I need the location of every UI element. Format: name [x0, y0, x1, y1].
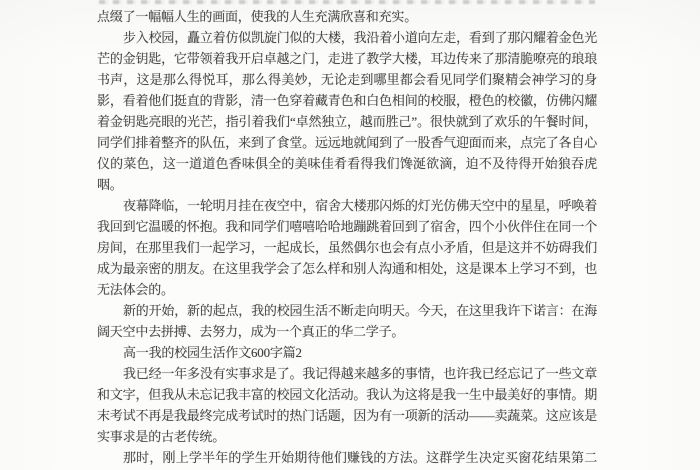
text-line: 仪的菜色，这一道道色香味俱全的美味佳肴看得我们馋涎欲滴，迫不及待得开始狼吞虎 [97, 153, 597, 174]
text-line: 影，看着他们挺直的背影，清一色穿着藏青色和白色相间的校服，橙色的校徽，仿佛闪耀 [97, 90, 597, 111]
text-line: 末考试不再是我最终完成考试时的热门话题，因为有一项新的活动——卖蔬菜。这应该是 [97, 405, 597, 426]
text-line: 成为最亲密的朋友。在这里我学会了怎么样和别人沟通和相处，这是课本上学习不到，也 [97, 258, 597, 279]
document-page: 点缀了一幅幅人生的画面，使我的人生充满欣喜和充实。步入校园，矗立着仿似凯旋门似的… [0, 0, 700, 470]
text-line: 书声，这是那么得悦耳，那么得美妙，无论走到哪里都会看见同学们聚精会神学习的身 [97, 69, 597, 90]
text-line: 同学们排着整齐的队伍，来到了食堂。远远地就闻到了一股香气迎面而来，点完了各自心 [97, 132, 597, 153]
text-line: 实事求是的古老传统。 [97, 426, 597, 447]
text-line: 我已经一年多没有实事求是了。我记得越来越多的事情，也许我已经忘记了一些文章 [97, 363, 597, 384]
text-line: 无法体会的。 [97, 279, 597, 300]
text-line: 着金钥匙亮眼的光芒，指引着我们“卓然独立，越而胜己”。很快就到了欢乐的午餐时间， [97, 111, 597, 132]
text-line: 新的开始，新的起点，我的校园生活不断走向明天。今天，在这里我许下诺言：在海 [97, 300, 597, 321]
text-line: 和文字，但我从未忘记我丰富的校园文化活动。我认为这将是我一生中最美好的事情。期 [97, 384, 597, 405]
text-line: 夜幕降临，一轮明月挂在夜空中，宿舍大楼那闪烁的灯光仿佛天空中的星星，呼唤着 [97, 195, 597, 216]
clipped-top-text-line [99, 0, 595, 4]
text-line: 芒的金钥匙，它带领着我开启卓越之门，走进了教学大楼，耳边传来了那清脆嘹亮的琅琅 [97, 48, 597, 69]
text-line: 高一我的校园生活作文600字篇2 [97, 342, 597, 363]
essay-text-block: 点缀了一幅幅人生的画面，使我的人生充满欣喜和充实。步入校园，矗立着仿似凯旋门似的… [97, 6, 597, 468]
text-line: 那时，刚上学半年的学生开始期待他们赚钱的方法。这群学生决定买窗花结果第二 [97, 447, 597, 468]
text-line: 我回到它温暖的怀抱。我和同学们嘻嘻哈哈地蹦跳着回到了宿舍，四个小伙伴住在同一个 [97, 216, 597, 237]
text-line: 咽。 [97, 174, 597, 195]
text-line: 房间，在那里我们一起学习，一起成长，虽然偶尔也会有点小矛盾，但是这并不妨碍我们 [97, 237, 597, 258]
text-line: 点缀了一幅幅人生的画面，使我的人生充满欣喜和充实。 [97, 6, 597, 27]
text-line: 阔天空中去拼搏、去努力，成为一个真正的华二学子。 [97, 321, 597, 342]
text-line: 步入校园，矗立着仿似凯旋门似的大楼，我沿着小道向左走，看到了那闪耀着金色光 [97, 27, 597, 48]
